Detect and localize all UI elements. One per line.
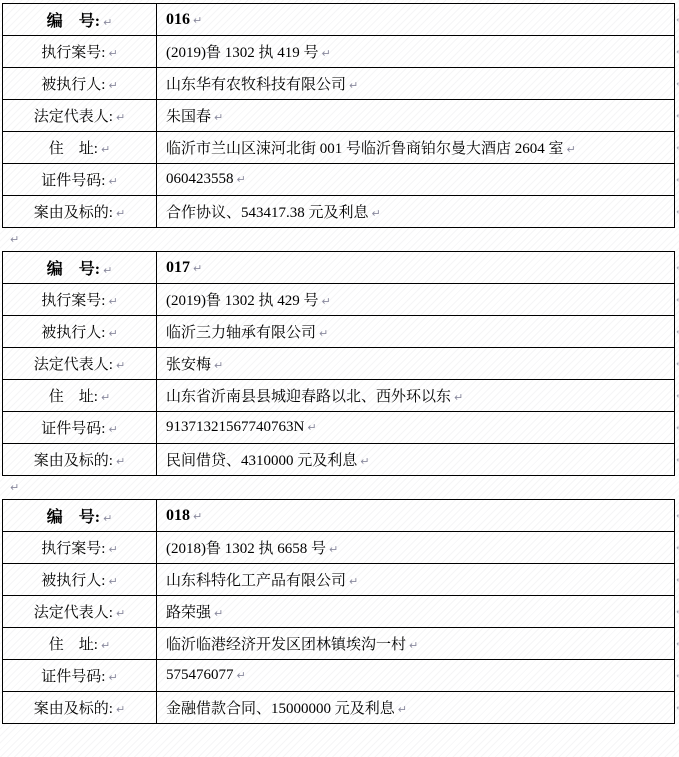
paragraph-mark-icon: ↵ [567,143,576,156]
paragraph-mark-icon: ↵ [116,207,125,220]
field-label-cell: 执行案号:↵ [3,532,157,564]
paragraph-mark-icon: ↵ [101,143,110,156]
field-value: 017 [166,259,190,276]
field-label: 法定代表人: [34,357,113,373]
paragraph-mark-icon: ↵ [108,175,117,188]
record-row: 证件号码:↵060423558↵↵ [3,164,675,196]
field-label: 被执行人: [41,77,105,93]
field-label: 编 号: [47,509,100,526]
paragraph-mark-icon: ↵ [349,575,358,588]
field-value-cell: (2019)鲁 1302 执 419 号↵↵ [157,36,675,68]
field-label-cell: 编 号:↵ [3,252,157,284]
paragraph-mark-icon: ↵ [307,421,316,434]
paragraph-mark-icon: ↵ [193,510,202,523]
record-row: 案由及标的:↵民间借贷、4310000 元及利息↵↵ [3,444,675,476]
record-table: 编 号:↵016↵↵执行案号:↵(2019)鲁 1302 执 419 号↵↵被执… [2,3,675,228]
paragraph-mark-icon: ↵ [398,703,407,716]
paragraph-mark-icon: ↵ [214,111,223,124]
field-label: 编 号: [47,13,100,30]
field-label: 被执行人: [41,573,105,589]
record-table: 编 号:↵017↵↵执行案号:↵(2019)鲁 1302 执 429 号↵↵被执… [2,251,675,476]
paragraph-mark-icon: ↵ [349,79,358,92]
field-value-cell: 017↵↵ [157,252,675,284]
field-value-cell: 018↵↵ [157,500,675,532]
paragraph-separator: ↵ [0,228,679,251]
paragraph-mark-icon: ↵ [193,262,202,275]
field-value: 临沂市兰山区涑河北街 001 号临沂鲁商铂尔曼大酒店 2604 室 [166,141,564,157]
document-page: 编 号:↵016↵↵执行案号:↵(2019)鲁 1302 执 419 号↵↵被执… [0,0,679,757]
field-label: 法定代表人: [34,605,113,621]
field-label-cell: 法定代表人:↵ [3,596,157,628]
paragraph-mark-icon: ↵ [103,512,112,525]
field-label: 证件号码: [41,669,105,685]
field-value: 朱国春 [166,109,211,125]
field-value-cell: 路荣强↵↵ [157,596,675,628]
paragraph-mark-icon: ↵ [116,111,125,124]
record-row: 执行案号:↵(2019)鲁 1302 执 419 号↵↵ [3,36,675,68]
record-row: 法定代表人:↵朱国春↵↵ [3,100,675,132]
paragraph-separator: ↵ [0,476,679,499]
field-label: 被执行人: [41,325,105,341]
paragraph-mark-icon: ↵ [322,47,331,60]
field-value: 临沂临港经济开发区团林镇埃沟一村 [166,637,406,653]
field-value: 临沂三力轴承有限公司 [166,325,316,341]
field-label: 案由及标的: [34,701,113,717]
field-value: (2018)鲁 1302 执 6658 号 [166,541,326,557]
field-value-cell: 91371321567740763N↵↵ [157,412,675,444]
paragraph-mark-icon: ↵ [116,359,125,372]
paragraph-mark-icon: ↵ [108,295,117,308]
field-label: 案由及标的: [34,453,113,469]
field-label-cell: 案由及标的:↵ [3,196,157,228]
record-header-row: 编 号:↵018↵↵ [3,500,675,532]
paragraph-mark-icon: ↵ [372,207,381,220]
paragraph-mark-icon: ↵ [103,264,112,277]
record-row: 执行案号:↵(2018)鲁 1302 执 6658 号↵↵ [3,532,675,564]
field-value: 91371321567740763N [166,419,304,435]
paragraph-mark-icon: ↵ [214,607,223,620]
field-label: 编 号: [47,261,100,278]
field-label-cell: 证件号码:↵ [3,660,157,692]
field-label-cell: 证件号码:↵ [3,164,157,196]
record-row: 法定代表人:↵张安梅↵↵ [3,348,675,380]
record-header-row: 编 号:↵016↵↵ [3,4,675,36]
field-value-cell: 张安梅↵↵ [157,348,675,380]
field-value-cell: 临沂市兰山区涑河北街 001 号临沂鲁商铂尔曼大酒店 2604 室↵↵ [157,132,675,164]
field-label: 执行案号: [41,541,105,557]
field-value: (2019)鲁 1302 执 419 号 [166,45,319,61]
field-label-cell: 案由及标的:↵ [3,444,157,476]
record-row: 住 址:↵临沂市兰山区涑河北街 001 号临沂鲁商铂尔曼大酒店 2604 室↵↵ [3,132,675,164]
paragraph-mark-icon: ↵ [214,359,223,372]
field-label-cell: 证件号码:↵ [3,412,157,444]
paragraph-mark-icon: ↵ [101,391,110,404]
paragraph-mark-icon: ↵ [360,455,369,468]
paragraph-mark-icon: ↵ [108,671,117,684]
record-row: 被执行人:↵临沂三力轴承有限公司↵↵ [3,316,675,348]
field-label-cell: 被执行人:↵ [3,564,157,596]
paragraph-mark-icon: ↵ [108,327,117,340]
paragraph-mark-icon: ↵ [103,16,112,29]
paragraph-mark-icon: ↵ [329,543,338,556]
record-row: 案由及标的:↵金融借款合同、15000000 元及利息↵↵ [3,692,675,724]
field-value: 路荣强 [166,605,211,621]
record-table: 编 号:↵018↵↵执行案号:↵(2018)鲁 1302 执 6658 号↵↵被… [2,499,675,724]
field-label-cell: 执行案号:↵ [3,284,157,316]
field-value-cell: 金融借款合同、15000000 元及利息↵↵ [157,692,675,724]
paragraph-mark-icon: ↵ [108,575,117,588]
field-label-cell: 编 号:↵ [3,4,157,36]
record-row: 证件号码:↵575476077↵↵ [3,660,675,692]
field-value-cell: 临沂临港经济开发区团林镇埃沟一村↵↵ [157,628,675,660]
document-body: 编 号:↵016↵↵执行案号:↵(2019)鲁 1302 执 419 号↵↵被执… [0,3,679,724]
field-label: 执行案号: [41,45,105,61]
field-value: 张安梅 [166,357,211,373]
field-value-cell: 朱国春↵↵ [157,100,675,132]
field-value-cell: (2018)鲁 1302 执 6658 号↵↵ [157,532,675,564]
field-label-cell: 被执行人:↵ [3,68,157,100]
field-label-cell: 案由及标的:↵ [3,692,157,724]
field-value-cell: 山东华有农牧科技有限公司↵↵ [157,68,675,100]
field-label-cell: 法定代表人:↵ [3,348,157,380]
paragraph-mark-icon: ↵ [116,455,125,468]
paragraph-mark-icon: ↵ [10,481,19,494]
field-value-cell: 合作协议、543417.38 元及利息↵↵ [157,196,675,228]
paragraph-mark-icon: ↵ [319,327,328,340]
field-label: 证件号码: [41,421,105,437]
field-value-cell: 575476077↵↵ [157,660,675,692]
paragraph-mark-icon: ↵ [108,79,117,92]
field-label-cell: 执行案号:↵ [3,36,157,68]
paragraph-mark-icon: ↵ [193,14,202,27]
field-label-cell: 被执行人:↵ [3,316,157,348]
paragraph-mark-icon: ↵ [237,669,246,682]
field-value: (2019)鲁 1302 执 429 号 [166,293,319,309]
field-value-cell: (2019)鲁 1302 执 429 号↵↵ [157,284,675,316]
field-label: 住 址: [49,637,98,653]
field-value-cell: 民间借贷、4310000 元及利息↵↵ [157,444,675,476]
field-label: 住 址: [49,141,98,157]
field-value: 016 [166,11,190,28]
record-row: 被执行人:↵山东华有农牧科技有限公司↵↵ [3,68,675,100]
record-row: 法定代表人:↵路荣强↵↵ [3,596,675,628]
paragraph-mark-icon: ↵ [108,423,117,436]
field-value-cell: 山东科特化工产品有限公司↵↵ [157,564,675,596]
field-label: 住 址: [49,389,98,405]
paragraph-mark-icon: ↵ [237,173,246,186]
field-label-cell: 住 址:↵ [3,132,157,164]
field-value-cell: 山东省沂南县县城迎春路以北、西外环以东↵↵ [157,380,675,412]
field-label: 执行案号: [41,293,105,309]
paragraph-mark-icon: ↵ [116,607,125,620]
field-value-cell: 060423558↵↵ [157,164,675,196]
field-label-cell: 法定代表人:↵ [3,100,157,132]
paragraph-mark-icon: ↵ [116,703,125,716]
field-value: 山东科特化工产品有限公司 [166,573,346,589]
paragraph-mark-icon: ↵ [409,639,418,652]
field-label: 法定代表人: [34,109,113,125]
paragraph-mark-icon: ↵ [108,543,117,556]
field-value: 山东省沂南县县城迎春路以北、西外环以东 [166,389,451,405]
record-row: 住 址:↵临沂临港经济开发区团林镇埃沟一村↵↵ [3,628,675,660]
field-value: 018 [166,507,190,524]
record-row: 证件号码:↵91371321567740763N↵↵ [3,412,675,444]
field-label-cell: 住 址:↵ [3,628,157,660]
record-header-row: 编 号:↵017↵↵ [3,252,675,284]
field-value-cell: 016↵↵ [157,4,675,36]
field-label-cell: 住 址:↵ [3,380,157,412]
field-label: 证件号码: [41,173,105,189]
field-value: 合作协议、543417.38 元及利息 [166,205,369,221]
record-row: 住 址:↵山东省沂南县县城迎春路以北、西外环以东↵↵ [3,380,675,412]
paragraph-mark-icon: ↵ [101,639,110,652]
field-label-cell: 编 号:↵ [3,500,157,532]
paragraph-mark-icon: ↵ [108,47,117,60]
field-value: 060423558 [166,171,234,187]
field-label: 案由及标的: [34,205,113,221]
field-value: 金融借款合同、15000000 元及利息 [166,701,395,717]
field-value: 山东华有农牧科技有限公司 [166,77,346,93]
record-row: 案由及标的:↵合作协议、543417.38 元及利息↵↵ [3,196,675,228]
record-row: 执行案号:↵(2019)鲁 1302 执 429 号↵↵ [3,284,675,316]
paragraph-mark-icon: ↵ [322,295,331,308]
field-value: 575476077 [166,667,234,683]
paragraph-mark-icon: ↵ [454,391,463,404]
field-value: 民间借贷、4310000 元及利息 [166,453,357,469]
paragraph-mark-icon: ↵ [10,233,19,246]
field-value-cell: 临沂三力轴承有限公司↵↵ [157,316,675,348]
record-row: 被执行人:↵山东科特化工产品有限公司↵↵ [3,564,675,596]
